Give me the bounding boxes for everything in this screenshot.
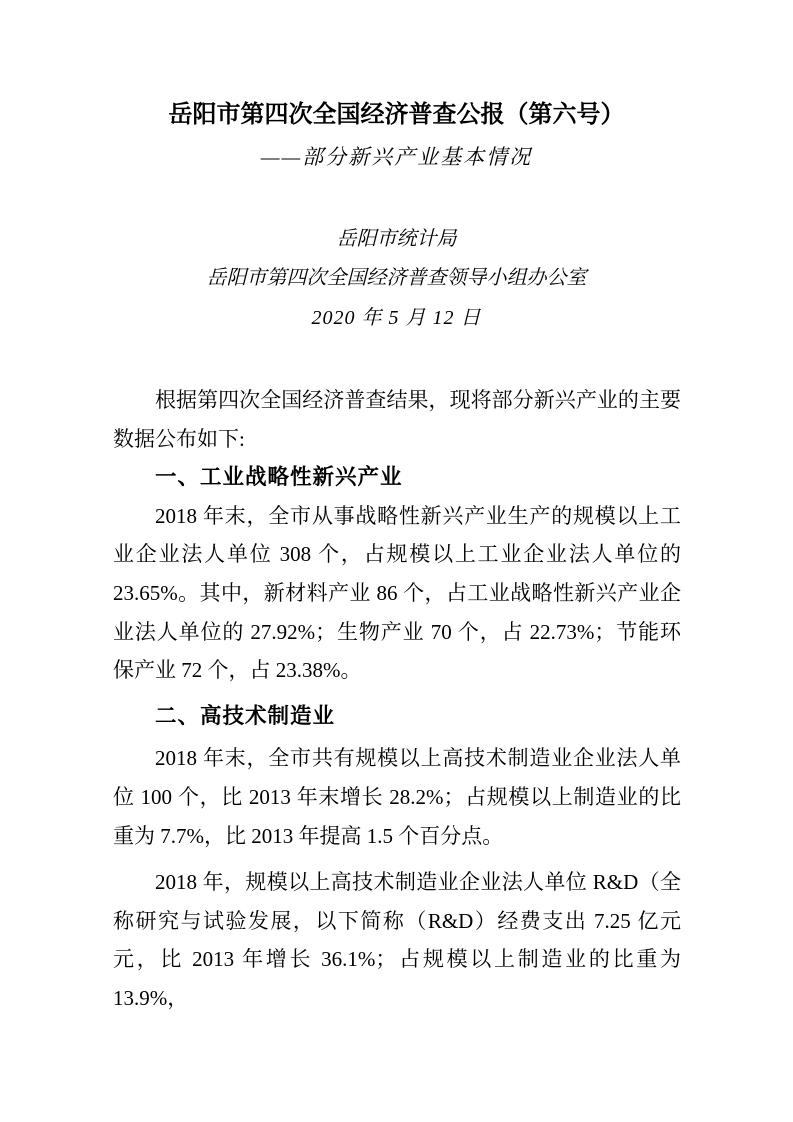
section-2-paragraph-1: 2018 年末，全市共有规模以上高技术制造业企业法人单位 100 个，比 201… <box>113 739 681 855</box>
section-2-paragraph-2: 2018 年，规模以上高技术制造业企业法人单位 R&D（全称研究与试验发展，以下… <box>113 863 681 1017</box>
section-1-paragraph-1: 2018 年末，全市从事战略性新兴产业生产的规模以上工业企业法人单位 308 个… <box>113 497 681 690</box>
publish-date: 2020 年 5 月 12 日 <box>0 303 793 333</box>
section-1-heading: 一、工业战略性新兴产业 <box>113 458 681 497</box>
issuer-line-1: 岳阳市统计局 <box>0 224 793 254</box>
document-subtitle: ——部分新兴产业基本情况 <box>0 141 793 173</box>
document-page: 岳阳市第四次全国经济普查公报（第六号） ——部分新兴产业基本情况 岳阳市统计局 … <box>0 0 793 1122</box>
document-body: 根据第四次全国经济普查结果，现将部分新兴产业的主要数据公布如下: 一、工业战略性… <box>113 381 681 1018</box>
issuer-line-2: 岳阳市第四次全国经济普查领导小组办公室 <box>0 263 793 293</box>
document-title: 岳阳市第四次全国经济普查公报（第六号） <box>0 98 793 132</box>
intro-paragraph: 根据第四次全国经济普查结果，现将部分新兴产业的主要数据公布如下: <box>113 381 681 458</box>
section-2-heading: 二、高技术制造业 <box>113 697 681 736</box>
